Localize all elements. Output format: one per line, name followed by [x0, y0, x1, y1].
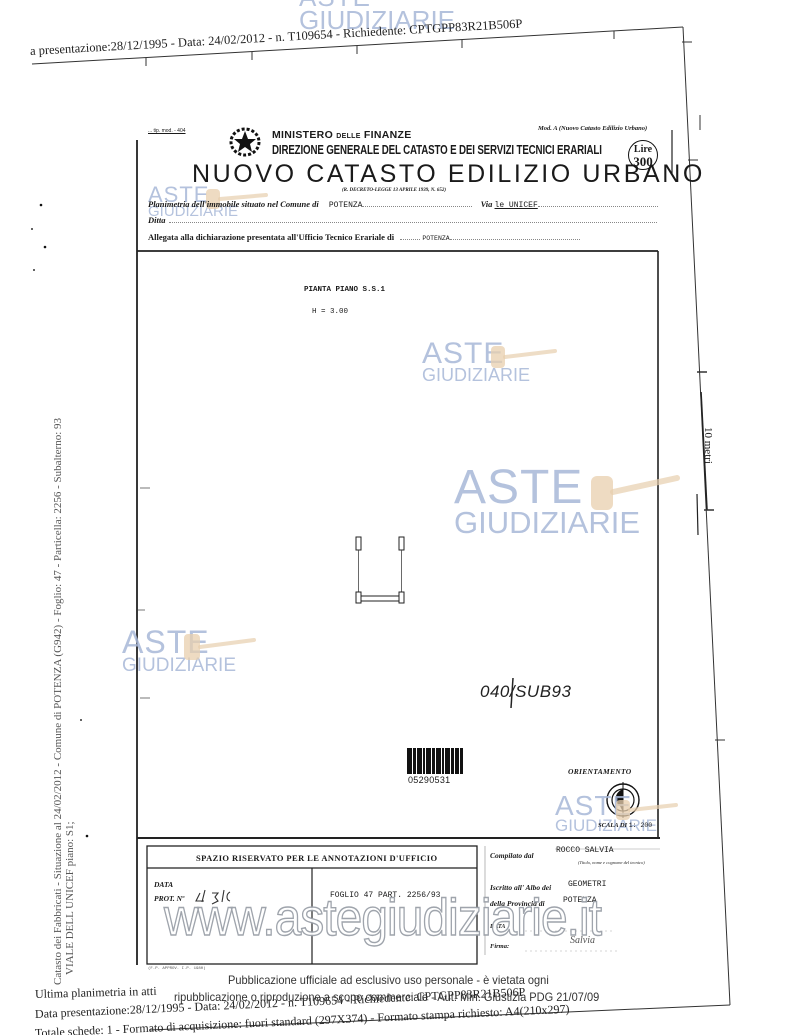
plan-title: PIANTA PIANO S.S.1: [304, 286, 385, 294]
orientation-label: ORIENTAMENTO: [568, 767, 631, 776]
gavel-icon: [585, 470, 680, 518]
barcode-number: 05290531: [408, 775, 450, 785]
annotations-title: SPAZIO RISERVATO PER LE ANNOTAZIONI D'UF…: [196, 853, 438, 863]
emblem-icon: [228, 125, 262, 157]
compilato-label: Compilato dal: [490, 851, 534, 860]
scale-bar-label: 10 metri: [702, 427, 714, 464]
form-corner-ref: ... tip. mod. - 404: [148, 128, 186, 134]
annotations-footer: (F.P. APPROV. I.P. 1980): [148, 967, 206, 971]
form-row-planimetria: Planimetria dell'immobile situato nel Co…: [148, 198, 658, 210]
side-text-address: VIALE DELL UNICEF piano: S1;: [64, 821, 76, 975]
direzione-name: DIREZIONE GENERALE DEL CATASTO E DEI SER…: [272, 143, 602, 157]
gavel-icon: [485, 342, 560, 374]
ministry-name: MINISTERO DELLE FINANZE: [272, 129, 412, 141]
scale-ratio: SCALA DI 1: 200: [598, 822, 652, 829]
side-text-catasto: Catasto dei Fabbricati - Situazione al 2…: [52, 418, 64, 985]
publication-notice-2: ripubblicazione o riproduzione a scopo c…: [174, 990, 599, 1004]
form-row-ditta: Ditta: [148, 214, 657, 225]
plan-height: H = 3.00: [312, 308, 348, 316]
revenue-stamp: Lire 300: [628, 140, 658, 170]
watermark-url: www.astegiudiziarie.it: [164, 888, 601, 948]
decreto-ref: (R. DECRETO-LEGGE 13 APRILE 1939, N. 652…: [342, 188, 446, 193]
compilato-name: ROCCO SALVIA: [556, 846, 614, 855]
publication-notice-1: Pubblicazione ufficiale ad esclusivo uso…: [228, 973, 549, 987]
barcode: [407, 748, 463, 774]
scan-footer-ultima: Ultima planimetria in atti: [35, 984, 157, 1002]
handwritten-ref: 040/SUB93: [480, 682, 571, 702]
model-ref: Mod. A (Nuovo Catasto Edilizio Urbano): [538, 125, 647, 132]
form-row-allegata: Allegata alla dichiarazione presentata a…: [148, 231, 580, 242]
gavel-icon: [178, 630, 258, 666]
compilato-sub: (Titolo, nome e cognome del tecnico): [578, 860, 645, 865]
